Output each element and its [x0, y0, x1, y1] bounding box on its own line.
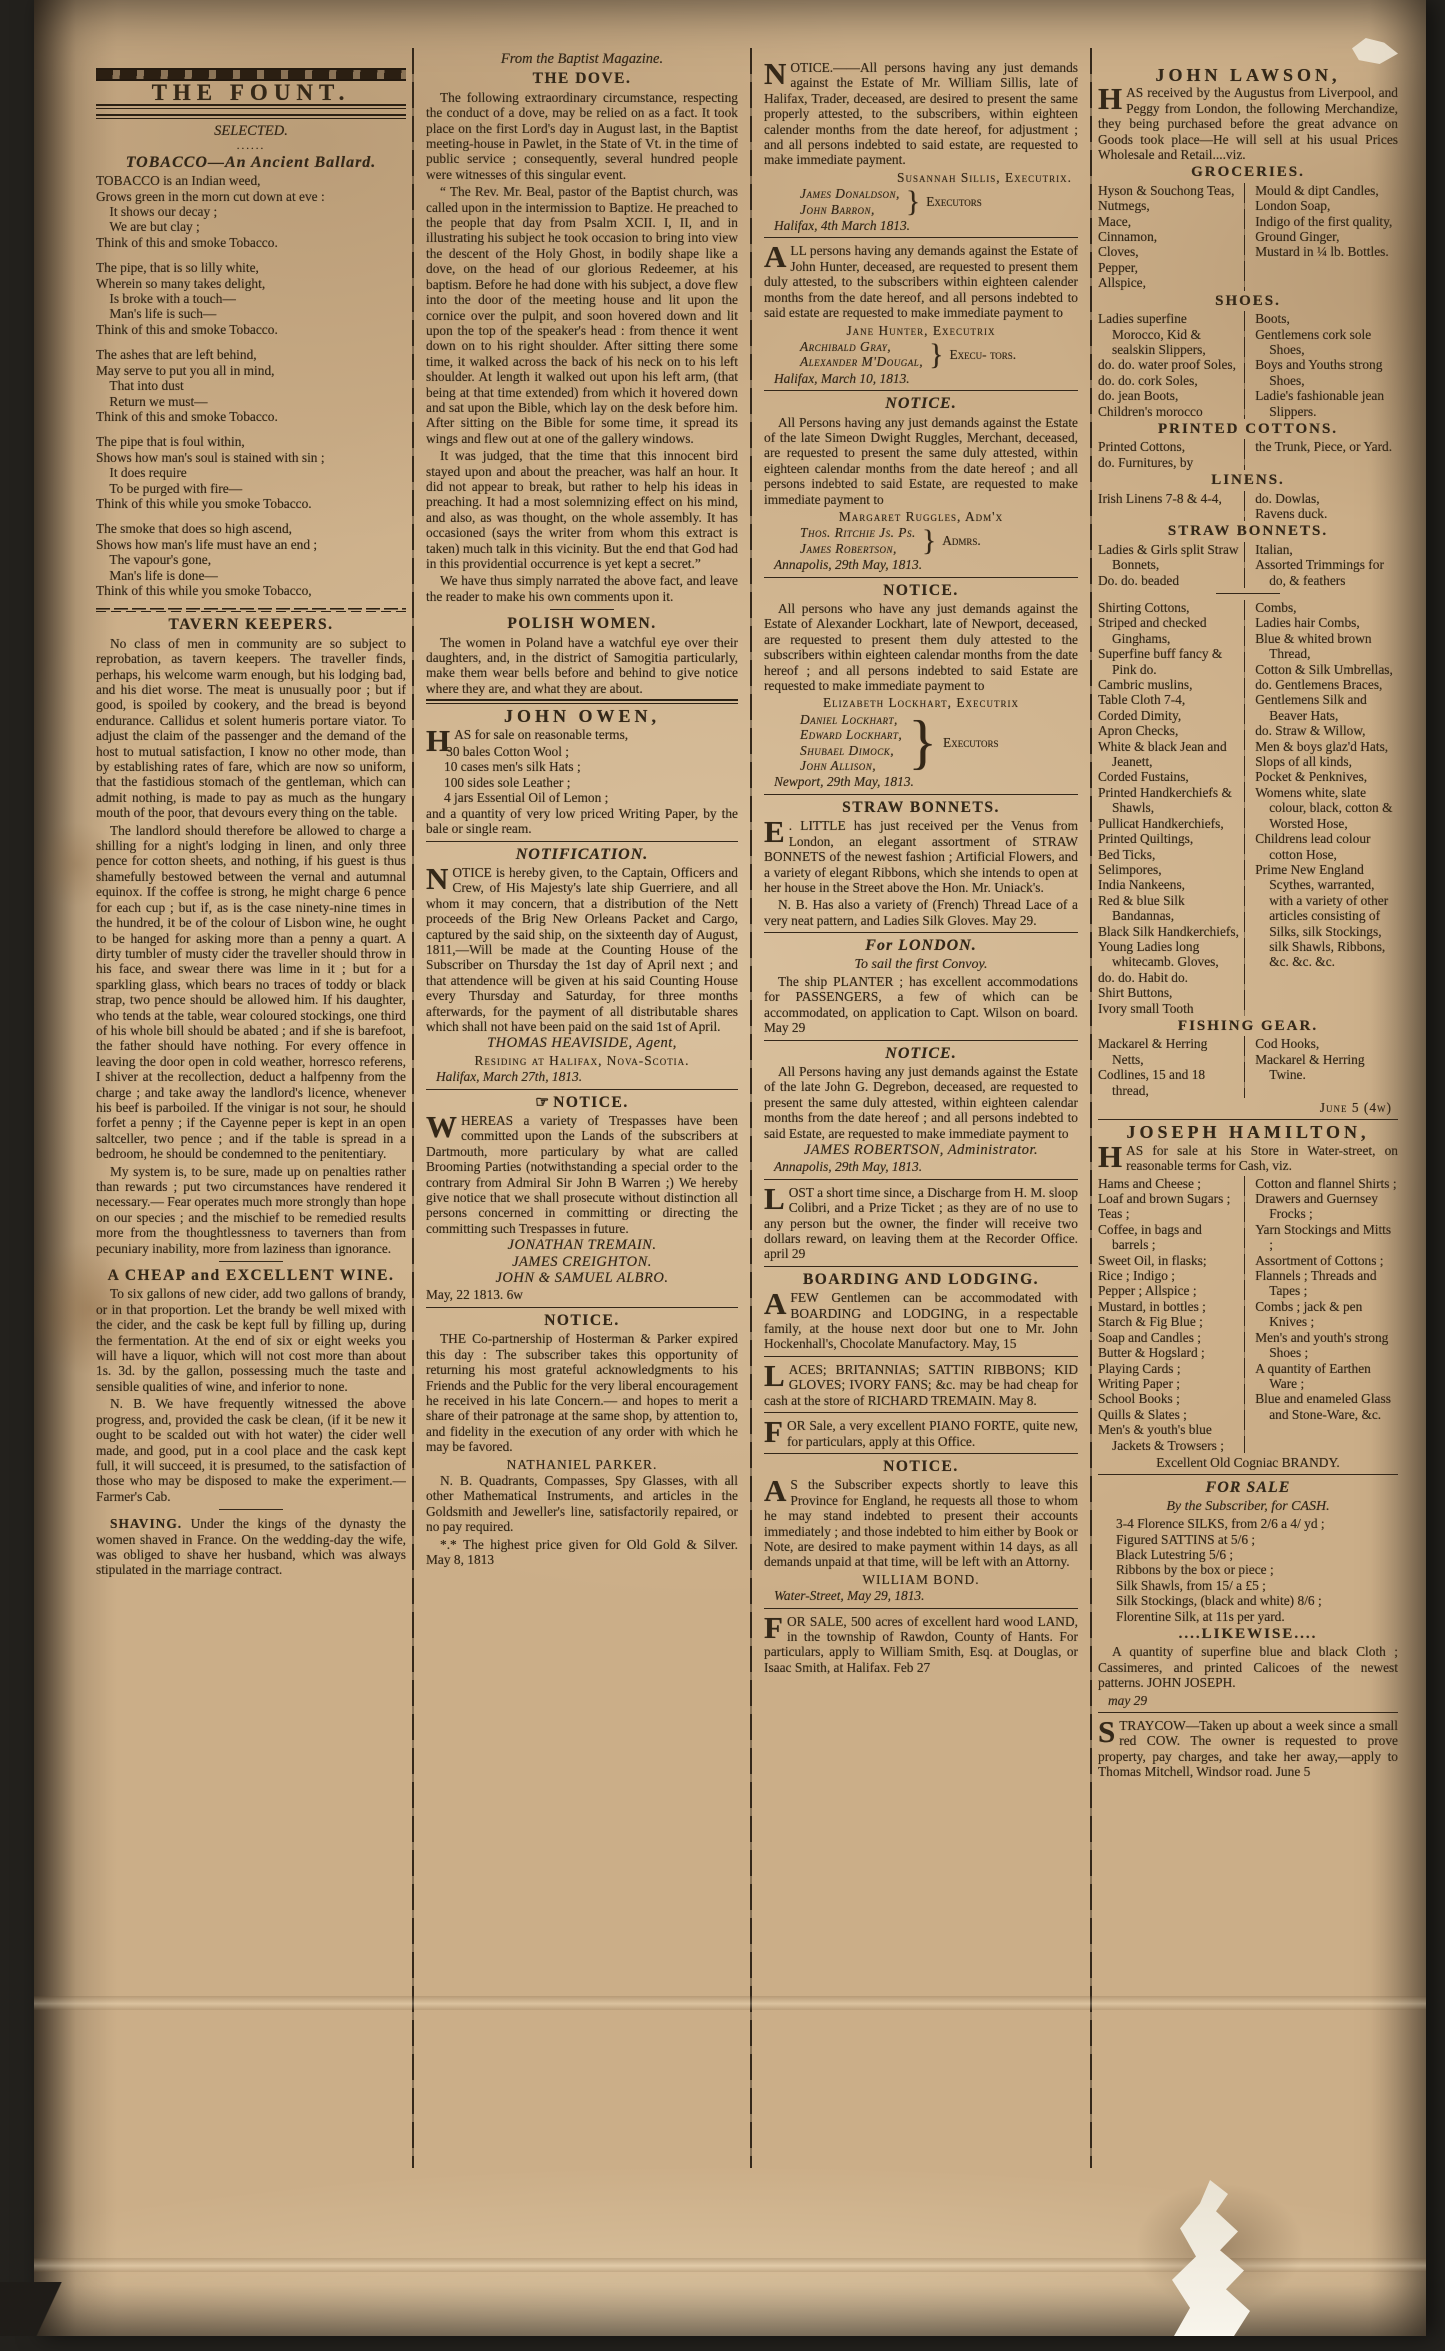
signature: JOHN & SAMUEL ALBRO.: [426, 1271, 738, 1286]
article-heading: NOTICE.: [764, 583, 1078, 598]
signature-role: Execu- tors.: [949, 347, 1016, 362]
goods-item: Superfine buff fancy & Pink do.: [1098, 646, 1241, 677]
list-item: 100 sides sole Leather ;: [426, 775, 738, 790]
poem-line: The smoke that does so high ascend,: [96, 521, 406, 536]
goods-right: Cotton and flannel Shirts ;Drawers and G…: [1248, 1176, 1398, 1453]
goods-item: Butter & Hogslard ;: [1098, 1345, 1241, 1360]
goods-item: Hams and Cheese ;: [1098, 1176, 1241, 1191]
dateline: Halifax, March 27th, 1813.: [426, 1069, 738, 1084]
paragraph: My system is, to be sure, made up on pen…: [96, 1164, 406, 1256]
article-heading: TOBACCO—An Ancient Ballard.: [96, 155, 406, 170]
article-divider-rule: [764, 932, 1078, 933]
goods-item: Loaf and brown Sugars ;: [1098, 1191, 1241, 1206]
poem-line: The pipe, that is so lilly white,: [96, 260, 406, 275]
goods-item: Starch & Fig Blue ;: [1098, 1314, 1241, 1329]
paragraph: *.* The highest price given for Old Gold…: [426, 1537, 738, 1568]
poem-stanza: The pipe, that is so lilly white,Wherein…: [96, 260, 406, 337]
dateline: may 29: [1098, 1693, 1398, 1708]
article-divider-rule: [1098, 1712, 1398, 1713]
article-divider-rule: [764, 1040, 1078, 1041]
signature: James Robertson,: [800, 541, 916, 556]
signature: Alexander M'Dougal,: [800, 354, 923, 369]
article-divider-rule: [764, 1453, 1078, 1454]
goods-item: Table Cloth 7-4,: [1098, 692, 1241, 707]
goods-list: Hyson & Souchong Teas,Nutmegs,Mace,Cinna…: [1098, 183, 1398, 291]
goods-item: Coffee, in bags and barrels ;: [1098, 1222, 1241, 1253]
goods-list: Ladies superfine Morocco, Kid & sealskin…: [1098, 311, 1398, 419]
list-item: Ribbons by the box or piece ;: [1098, 1562, 1398, 1577]
article-divider-rule: [426, 841, 738, 842]
goods-list: Mackarel & Herring Netts,Codlines, 15 an…: [1098, 1036, 1398, 1098]
paragraph: STRAYCOW—Taken up about a week since a s…: [1098, 1718, 1398, 1780]
column-3: NOTICE.——All persons having any just dem…: [764, 60, 1078, 2220]
signature: WILLIAM BOND.: [764, 1572, 1078, 1587]
signature: Margaret Ruggles, Adm'x: [764, 509, 1078, 524]
drop-cap: N: [764, 60, 790, 87]
paragraph: THE Co-partnership of Hosterman & Parker…: [426, 1331, 738, 1454]
paragraph: A quantity of superfine blue and black C…: [1098, 1644, 1398, 1690]
goods-item: Bed Ticks,: [1098, 847, 1241, 862]
article-divider-rule: [219, 1261, 283, 1262]
poem-line: Think of this while you smoke Tobacco.: [96, 496, 406, 511]
article-divider-rule: [1098, 1474, 1398, 1475]
article-heading: JOHN LAWSON,: [1098, 68, 1398, 83]
goods-item: Printed Quiltings,: [1098, 831, 1241, 846]
goods-divider: [1244, 542, 1245, 588]
goods-item: Mace,: [1098, 214, 1241, 229]
paragraph: N. B. We have frequently witnessed the a…: [96, 1396, 406, 1504]
column-4: JOHN LAWSON,HAS received by the Augustus…: [1098, 64, 1398, 2244]
paragraph: NOTICE is hereby given, to the Captain, …: [426, 865, 738, 1034]
ad-john-owen: JOHN OWEN,HAS for sale on reasonable ter…: [426, 709, 738, 836]
goods-item: Gentlemens Silk and Beaver Hats,: [1255, 692, 1398, 723]
goods-divider: [1244, 1036, 1245, 1098]
goods-item: Pullicat Handkerchiefs,: [1098, 816, 1241, 831]
goods-left: Shirting Cottons,Striped and checked Gin…: [1098, 600, 1241, 1016]
paragraph: It was judged, that the time that this i…: [426, 448, 738, 571]
paragraph: HAS for sale at his Store in Water-stree…: [1098, 1143, 1398, 1174]
drop-cap: L: [764, 1185, 789, 1212]
paragraph: WHEREAS a variety of Trespasses have bee…: [426, 1113, 738, 1236]
goods-item: Mackarel & Herring Netts,: [1098, 1036, 1241, 1067]
paragraph: “ The Rev. Mr. Beal, pastor of the Bapti…: [426, 184, 738, 446]
goods-item: Striped and checked Ginghams,: [1098, 615, 1241, 646]
goods-divider: [1244, 491, 1245, 522]
goods-left: Mackarel & Herring Netts,Codlines, 15 an…: [1098, 1036, 1241, 1098]
signature-names: Archibald Gray,Alexander M'Dougal,: [800, 339, 923, 370]
article-heading: POLISH WOMEN.: [426, 616, 738, 631]
ad-notice-bond: NOTICE.AS the Subscriber expects shortly…: [764, 1459, 1078, 1604]
goods-item: Men's & youth's blue Jackets & Trowsers …: [1098, 1422, 1241, 1453]
article-heading: STRAW BONNETS.: [764, 800, 1078, 815]
goods-right: do. Dowlas,Ravens duck.: [1248, 491, 1398, 522]
paragraph: The following extraordinary circumstance…: [426, 90, 738, 182]
column-rule-2: [750, 48, 752, 2168]
goods-item: Cinnamon,: [1098, 229, 1241, 244]
article-divider-rule: [764, 1356, 1078, 1357]
article-divider-rule: [764, 577, 1078, 578]
brace-glyph: }: [906, 194, 920, 209]
signature: JONATHAN TREMAIN.: [426, 1238, 738, 1253]
paragraph: To six gallons of new cider, add two gal…: [96, 1286, 406, 1394]
goods-item: Mould & dipt Candles,: [1255, 183, 1398, 198]
goods-item: Young Ladies long whitecamb. Gloves,: [1098, 939, 1241, 970]
goods-item: Men & boys glaz'd Hats,: [1255, 739, 1398, 754]
ad-joseph-hamilton: JOSEPH HAMILTON,HAS for sale at his Stor…: [1098, 1125, 1398, 1470]
paragraph: All persons who have any just demands ag…: [764, 601, 1078, 693]
goods-item: do. Straw & Willow,: [1255, 723, 1398, 738]
poem-line: TOBACCO is an Indian weed,: [96, 173, 406, 188]
goods-item: Ivory small Tooth: [1098, 1001, 1241, 1016]
goods-item: Rice ; Indigo ;: [1098, 1268, 1241, 1283]
kicker: From the Baptist Magazine.: [426, 52, 738, 67]
drop-cap: H: [1098, 1143, 1126, 1170]
signature-brace-group: Archibald Gray,Alexander M'Dougal,}Execu…: [764, 339, 1078, 370]
ad-straw-bonnets: STRAW BONNETS.E. LITTLE has just receive…: [764, 800, 1078, 928]
goods-item: A quantity of Earthen Ware ;: [1255, 1361, 1398, 1392]
article-divider-rule: [764, 794, 1078, 795]
paragraph: The women in Poland have a watchful eye …: [426, 635, 738, 697]
goods-divider: [1244, 600, 1245, 1016]
newspaper-scan: THE FOUNT.SELECTED.......TOBACCO—An Anci…: [0, 0, 1445, 2351]
goods-item: Red & blue Silk Bandannas,: [1098, 893, 1241, 924]
goods-item: Italian,: [1255, 542, 1398, 557]
goods-item: Selimpores,: [1098, 862, 1241, 877]
drop-cap: W: [426, 1113, 461, 1140]
list-item: 30 bales Cotton Wool ;: [426, 744, 738, 759]
dateline: Annapolis, 29th May, 1813.: [764, 557, 1078, 572]
goods-right: Italian,Assorted Trimmings for do, & fea…: [1248, 542, 1398, 588]
signature: James Donaldson,: [800, 186, 900, 201]
goods-item: Allspice,: [1098, 275, 1241, 290]
signature-role: Admrs.: [942, 533, 981, 548]
paragraph: The ship PLANTER ; has excellent accommo…: [764, 974, 1078, 1036]
goods-left: Ladies superfine Morocco, Kid & sealskin…: [1098, 311, 1241, 419]
list-item: 10 cases men's silk Hats ;: [426, 759, 738, 774]
torn-corner: [0, 2282, 86, 2336]
goods-item: do. do. water proof Soles,: [1098, 357, 1241, 372]
goods-item: Ground Ginger,: [1255, 229, 1398, 244]
article-heading: TAVERN KEEPERS.: [96, 617, 406, 632]
paragraph: and a quantity of very low priced Writin…: [426, 806, 738, 837]
goods-item: Nutmegs,: [1098, 198, 1241, 213]
article-polish-women: POLISH WOMEN.The women in Poland have a …: [426, 616, 738, 696]
goods-item: Shirt Buttons,: [1098, 985, 1241, 1000]
section-heading: GROCERIES.: [1098, 165, 1398, 180]
goods-item: Ladies hair Combs,: [1255, 615, 1398, 630]
goods-item: White & black Jean and Jeanett,: [1098, 739, 1241, 770]
article-divider-rule: [764, 237, 1078, 238]
goods-item: Cotton and flannel Shirts ;: [1255, 1176, 1398, 1191]
poem-line: The pipe that is foul within,: [96, 434, 406, 449]
article-heading: NOTICE.: [764, 396, 1078, 411]
goods-item: Slops of all kinds,: [1255, 754, 1398, 769]
ad-notice-trespasses: ☞NOTICE.WHEREAS a variety of Trespasses …: [426, 1095, 738, 1303]
article-heading: JOHN OWEN,: [426, 709, 738, 724]
poem-line: Man's life is such—: [96, 306, 406, 321]
article-heading: JOSEPH HAMILTON,: [1098, 1125, 1398, 1140]
drop-cap: S: [1098, 1718, 1119, 1745]
signature-names: Thos. Ritchie Js. Ps.James Robertson,: [800, 525, 916, 556]
goods-item: Childrens lead colour cotton Hose,: [1255, 831, 1398, 862]
signature: NATHANIEL PARKER.: [426, 1457, 738, 1472]
signature: JAMES ROBERTSON, Administrator.: [764, 1143, 1078, 1158]
article-divider-rule: [764, 1266, 1078, 1267]
list-item: Silk Stockings, (black and white) 8/6 ;: [1098, 1593, 1398, 1608]
manicule-icon: ☞: [535, 1094, 549, 1111]
poem-line: We are but clay ;: [96, 219, 406, 234]
signature: John Barron,: [800, 202, 900, 217]
goods-item: Children's morocco: [1098, 404, 1241, 419]
goods-item: Printed Cottons,: [1098, 439, 1241, 454]
goods-item: Combs,: [1255, 600, 1398, 615]
signature: Residing at Halifax, Nova-Scotia.: [426, 1053, 738, 1068]
masthead-the-fount: THE FOUNT.: [96, 68, 406, 109]
goods-item: Writing Paper ;: [1098, 1376, 1241, 1391]
masthead-rule: [96, 104, 406, 109]
article-the-dove: From the Baptist Magazine.THE DOVE.The f…: [426, 52, 738, 604]
goods-item: do. do. Habit do.: [1098, 970, 1241, 985]
article-heading: NOTICE.: [764, 1046, 1078, 1061]
poem-stanza: The pipe that is foul within,Shows how m…: [96, 434, 406, 511]
goods-item: Sweet Oil, in flasks;: [1098, 1253, 1241, 1268]
goods-item: Ladies superfine Morocco, Kid & sealskin…: [1098, 311, 1241, 357]
drop-cap: A: [764, 1477, 790, 1504]
article-divider-rule: [426, 699, 738, 704]
article-divider-rule: [1098, 1119, 1398, 1120]
article-divider-rule: [426, 1089, 738, 1090]
goods-left: Hyson & Souchong Teas,Nutmegs,Mace,Cinna…: [1098, 183, 1241, 291]
goods-item: School Books ;: [1098, 1391, 1241, 1406]
dateline: Newport, 29th May, 1813.: [764, 774, 1078, 789]
poem-line: Shows how man's life must have an end ;: [96, 537, 406, 552]
ad-notice-ruggles: NOTICE.All Persons having any just deman…: [764, 396, 1078, 572]
goods-item: Hyson & Souchong Teas,: [1098, 183, 1241, 198]
goods-item: Cambric muslins,: [1098, 677, 1241, 692]
paragraph: All Persons having any just demands agai…: [764, 1064, 1078, 1141]
goods-list: Shirting Cottons,Striped and checked Gin…: [1098, 600, 1398, 1016]
list-item: Figured SATTINS at 5/6 ;: [1098, 1532, 1398, 1547]
article-divider-rule: [96, 114, 406, 119]
signature-brace-group: James Donaldson,John Barron,}Executors: [764, 186, 1078, 217]
section-heading: STRAW BONNETS.: [1098, 524, 1398, 539]
goods-item: India Nankeens,: [1098, 877, 1241, 892]
goods-item: Pepper ; Allspice ;: [1098, 1283, 1241, 1298]
column-rule-3: [1090, 48, 1092, 2168]
goods-item: do. Furnitures, by: [1098, 455, 1241, 470]
paragraph: LACES; BRITANNIAS; SATTIN RIBBONS; KID G…: [764, 1362, 1078, 1408]
goods-list: Printed Cottons,do. Furnitures, bythe Tr…: [1098, 439, 1398, 470]
goods-item: do. Gentlemens Braces,: [1255, 677, 1398, 692]
paragraph: FOR Sale, a very excellent PIANO FORTE, …: [764, 1418, 1078, 1449]
goods-item: Mackarel & Herring Twine.: [1255, 1052, 1398, 1083]
signature-brace-group: Thos. Ritchie Js. Ps.James Robertson,}Ad…: [764, 525, 1078, 556]
paragraph: E. LITTLE has just received per the Venu…: [764, 818, 1078, 895]
article-divider-rule: [764, 1179, 1078, 1180]
poem-line: Think of this and smoke Tobacco.: [96, 409, 406, 424]
section-subheading: By the Subscriber, for CASH.: [1098, 1499, 1398, 1514]
paragraph: N. B. Has also a variety of (French) Thr…: [764, 897, 1078, 928]
goods-item: Indigo of the first quality,: [1255, 214, 1398, 229]
section-heading: SHOES.: [1098, 294, 1398, 309]
goods-list: Ladies & Girls split Straw Bonnets,Do. d…: [1098, 542, 1398, 588]
paragraph: HAS received by the Augustus from Liverp…: [1098, 85, 1398, 162]
signature: Daniel Lockhart,: [800, 712, 902, 727]
signature: Shubael Dimock,: [800, 743, 902, 758]
goods-divider: [1244, 1176, 1245, 1453]
goods-right: Combs,Ladies hair Combs,Blue & whited br…: [1248, 600, 1398, 1016]
poem-line: May serve to put you all in mind,: [96, 363, 406, 378]
poem-line: Is broke with a touch—: [96, 291, 406, 306]
paragraph: We have thus simply narrated the above f…: [426, 573, 738, 604]
dotted-divider: ......: [96, 142, 406, 151]
signature-names: James Donaldson,John Barron,: [800, 186, 900, 217]
goods-item: Shirting Cottons,: [1098, 600, 1241, 615]
goods-item: Yarn Stockings and Mitts ;: [1255, 1222, 1398, 1253]
ad-notice-hunter: ALL persons having any demands against t…: [764, 243, 1078, 386]
goods-left: Ladies & Girls split Straw Bonnets,Do. d…: [1098, 542, 1241, 588]
ad-land-rawdon: FOR SALE, 500 acres of excellent hard wo…: [764, 1614, 1078, 1676]
goods-item: Playing Cards ;: [1098, 1361, 1241, 1376]
goods-item: Blue & whited brown Thread,: [1255, 631, 1398, 662]
poem-line: Man's life is done—: [96, 568, 406, 583]
signature: June 5 (4w): [1098, 1100, 1398, 1115]
goods-left: Irish Linens 7-8 & 4-4,: [1098, 491, 1241, 522]
goods-right: Boots,Gentlemens cork sole Shoes,Boys an…: [1248, 311, 1398, 419]
goods-item: Ladies & Girls split Straw Bonnets,: [1098, 542, 1241, 573]
paragraph: HAS for sale on reasonable terms,: [426, 727, 738, 742]
poem-line: Think of this and smoke Tobacco.: [96, 235, 406, 250]
goods-right: Mould & dipt Candles,London Soap,Indigo …: [1248, 183, 1398, 291]
article-divider-rule: [764, 1412, 1078, 1413]
goods-item: Corded Fustains,: [1098, 769, 1241, 784]
poem-tobacco: SELECTED.......TOBACCO—An Ancient Ballar…: [96, 124, 406, 598]
drop-cap: N: [426, 865, 452, 892]
goods-divider: [1244, 183, 1245, 291]
paragraph: LOST a short time since, a Discharge fro…: [764, 1185, 1078, 1262]
poem-line: To be purged with fire—: [96, 481, 406, 496]
newspaper-page: THE FOUNT.SELECTED.......TOBACCO—An Anci…: [34, 0, 1426, 2336]
goods-item: Boys and Youths strong Shoes,: [1255, 357, 1398, 388]
article-divider-rule: [550, 609, 614, 610]
article-heading: A CHEAP and EXCELLENT WINE.: [96, 1268, 406, 1283]
goods-divider: [1244, 439, 1245, 470]
signature-role: Executors: [943, 735, 999, 750]
goods-item: Drawers and Guernsey Frocks ;: [1255, 1191, 1398, 1222]
paragraph: All Persons having any just demands agai…: [764, 415, 1078, 507]
list-item: Florentine Silk, at 11s per yard.: [1098, 1609, 1398, 1624]
signature: Edward Lockhart,: [800, 727, 902, 742]
dateline: Water-Street, May 29, 1813.: [764, 1588, 1078, 1603]
ad-notice-lockhart: NOTICE.All persons who have any just dem…: [764, 583, 1078, 790]
goods-item: Gentlemens cork sole Shoes,: [1255, 327, 1398, 358]
drop-cap: L: [764, 1362, 789, 1389]
list-item: 4 jars Essential Oil of Lemon ;: [426, 790, 738, 805]
goods-right: the Trunk, Piece, or Yard.: [1248, 439, 1398, 470]
ad-for-sale-silks: FOR SALEBy the Subscriber, for CASH.3-4 …: [1098, 1480, 1398, 1708]
divider-rule: [1216, 593, 1280, 594]
goods-item: Pocket & Penknives,: [1255, 769, 1398, 784]
paragraph: Excellent Old Cogniac BRANDY.: [1098, 1455, 1398, 1470]
goods-item: London Soap,: [1255, 198, 1398, 213]
section-heading: FISHING GEAR.: [1098, 1019, 1398, 1034]
signature: Susannah Sillis, Executrix.: [764, 170, 1078, 185]
brace-glyph: }: [929, 347, 943, 362]
goods-item: do. do. cork Soles,: [1098, 373, 1241, 388]
poem-line: Wherein so many takes delight,: [96, 276, 406, 291]
paragraph: AS the Subscriber expects shortly to lea…: [764, 1477, 1078, 1569]
kicker: SELECTED.: [96, 124, 406, 139]
item-list: 30 bales Cotton Wool ;10 cases men's sil…: [426, 744, 738, 806]
goods-item: the Trunk, Piece, or Yard.: [1255, 439, 1398, 454]
signature-role: Executors: [926, 194, 982, 209]
dateline: Halifax, March 10, 1813.: [764, 371, 1078, 386]
paragraph: SHAVING. Under the kings of the dynasty …: [96, 1516, 406, 1578]
drop-cap: F: [764, 1418, 787, 1445]
ad-piano-forte: FOR Sale, a very excellent PIANO FORTE, …: [764, 1418, 1078, 1449]
goods-item: Men's and youth's strong Shoes ;: [1255, 1330, 1398, 1361]
section-heading: PRINTED COTTONS.: [1098, 422, 1398, 437]
article-heading: NOTIFICATION.: [426, 847, 738, 862]
goods-item: Boots,: [1255, 311, 1398, 326]
section-heading: ....LIKEWISE....: [1098, 1627, 1398, 1642]
list-item: 3-4 Florence SILKS, from 2/6 a 4/ yd ;: [1098, 1516, 1398, 1531]
goods-item: Prime New England Scythes, warranted, wi…: [1255, 862, 1398, 970]
column-rule-1: [412, 48, 414, 2168]
article-heading: THE FOUNT.: [96, 85, 406, 100]
poem-line: It does require: [96, 465, 406, 480]
signature: Archibald Gray,: [800, 339, 923, 354]
goods-list: Irish Linens 7-8 & 4-4,do. Dowlas,Ravens…: [1098, 491, 1398, 522]
signature-names: Daniel Lockhart,Edward Lockhart,Shubael …: [800, 712, 902, 774]
goods-item: Ravens duck.: [1255, 506, 1398, 521]
paragraph: The landlord should therefore be allowed…: [96, 823, 406, 1162]
ad-john-lawson: JOHN LAWSON,HAS received by the Augustus…: [1098, 68, 1398, 1115]
poem-stanza: The ashes that are left behind,May serve…: [96, 347, 406, 424]
article-heading: FOR SALE: [1098, 1480, 1398, 1495]
article-heading: NOTICE.: [426, 1313, 738, 1328]
article-tavern-keepers: TAVERN KEEPERS.No class of men in commun…: [96, 617, 406, 1256]
poem-line: Grows green in the morn cut down at eve …: [96, 189, 406, 204]
goods-item: Quills & Slates ;: [1098, 1407, 1241, 1422]
goods-item: Cotton & Silk Umbrellas,: [1255, 662, 1398, 677]
goods-item: Blue and enameled Glass and Stone-Ware, …: [1255, 1391, 1398, 1422]
ad-lost-discharge: LOST a short time since, a Discharge fro…: [764, 1185, 1078, 1262]
goods-item: Black Silk Handkerchiefs,: [1098, 924, 1241, 939]
poem-line: The vapour's gone,: [96, 552, 406, 567]
article-divider-rule: [764, 390, 1078, 391]
item-list: 3-4 Florence SILKS, from 2/6 a 4/ yd ;Fi…: [1098, 1516, 1398, 1624]
article-cheap-wine: A CHEAP and EXCELLENT WINE.To six gallon…: [96, 1268, 406, 1504]
list-item: Silk Shawls, from 15/ a £5 ;: [1098, 1578, 1398, 1593]
section-heading: LINENS.: [1098, 473, 1398, 488]
ad-notice-parker: NOTICE.THE Co-partnership of Hosterman &…: [426, 1313, 738, 1568]
ad-boarding-lodging: BOARDING AND LODGING.AFEW Gentlemen can …: [764, 1272, 1078, 1352]
article-divider-rule: [426, 1307, 738, 1308]
run-in-title: SHAVING.: [110, 1516, 182, 1531]
paragraph: May, 22 1813. 6w: [426, 1287, 738, 1302]
paragraph: ALL persons having any demands against t…: [764, 243, 1078, 320]
goods-left: Hams and Cheese ;Loaf and brown Sugars ;…: [1098, 1176, 1241, 1453]
poem-stanza: TOBACCO is an Indian weed,Grows green in…: [96, 173, 406, 250]
article-heading: BOARDING AND LODGING.: [764, 1272, 1078, 1287]
signature-brace-group: Daniel Lockhart,Edward Lockhart,Shubael …: [764, 712, 1078, 774]
dateline: Annapolis, 29th May, 1813.: [764, 1159, 1078, 1174]
goods-item: Soap and Candles ;: [1098, 1330, 1241, 1345]
goods-item: Ladie's fashionable jean Slippers.: [1255, 388, 1398, 419]
poem-line: Shows how man's soul is stained with sin…: [96, 450, 406, 465]
ad-laces-tremain: LACES; BRITANNIAS; SATTIN RIBBONS; KID G…: [764, 1362, 1078, 1408]
